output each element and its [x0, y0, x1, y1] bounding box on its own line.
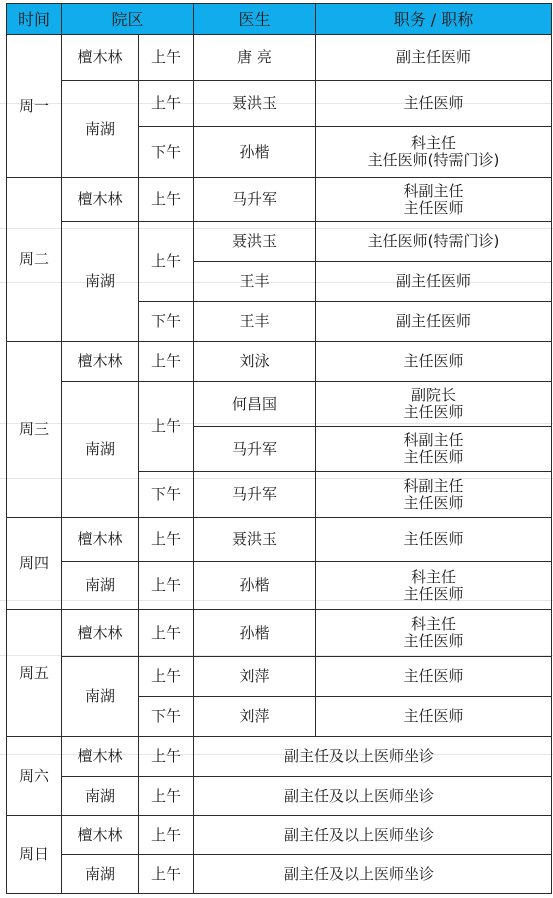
campus-cell: 南湖: [62, 777, 139, 816]
note-cell: 副主任及以上医师坐诊: [194, 737, 552, 777]
doctor-cell: 马升军: [194, 178, 316, 222]
table-row: 周二 檀木林 上午 马升军 科副主任 主任医师: [7, 178, 552, 222]
doctor-cell: 刘萍: [194, 657, 316, 697]
table-row: 南湖 上午 副主任及以上医师坐诊: [7, 855, 552, 894]
campus-cell: 檀木林: [62, 737, 139, 777]
campus-cell: 檀木林: [62, 178, 139, 222]
doctor-cell: 聂洪玉: [194, 222, 316, 262]
session-cell: 上午: [139, 518, 194, 562]
doctor-cell: 孙楷: [194, 562, 316, 610]
doctor-cell: 何昌国: [194, 382, 316, 427]
title-line: 主任医师: [316, 404, 551, 421]
session-cell: 上午: [139, 562, 194, 610]
campus-cell: 檀木林: [62, 610, 139, 657]
session-cell: 上午: [139, 657, 194, 697]
header-doctor: 医生: [194, 4, 316, 35]
title-line: 副院长: [316, 387, 551, 404]
header-campus: 院区: [62, 4, 194, 35]
header-title: 职务 / 职称: [316, 4, 552, 35]
session-cell: 上午: [139, 855, 194, 894]
title-line: 主任医师(特需门诊): [316, 152, 551, 169]
session-cell: 上午: [139, 81, 194, 127]
title-cell: 科主任 主任医师: [316, 562, 552, 610]
session-cell: 上午: [139, 777, 194, 816]
campus-cell: 檀木林: [62, 816, 139, 855]
title-line: 科主任: [316, 616, 551, 633]
doctor-cell: 刘泳: [194, 342, 316, 382]
title-line: 主任医师: [316, 200, 551, 217]
title-line: 科副主任: [316, 432, 551, 449]
title-cell: 科副主任 主任医师: [316, 427, 552, 472]
note-cell: 副主任及以上医师坐诊: [194, 777, 552, 816]
table-row: 周日 檀木林 上午 副主任及以上医师坐诊: [7, 816, 552, 855]
title-line: 科副主任: [316, 183, 551, 200]
table-row: 周一 檀木林 上午 唐 亮 副主任医师: [7, 35, 552, 81]
note-cell: 副主任及以上医师坐诊: [194, 816, 552, 855]
campus-cell: 檀木林: [62, 342, 139, 382]
session-cell: 上午: [139, 382, 194, 472]
day-cell: 周日: [7, 816, 62, 894]
doctor-cell: 孙楷: [194, 127, 316, 178]
header-row: 时间 院区 医生 职务 / 职称: [7, 4, 552, 35]
title-cell: 主任医师: [316, 657, 552, 697]
doctor-cell: 王丰: [194, 302, 316, 342]
table-row: 南湖 上午 孙楷 科主任 主任医师: [7, 562, 552, 610]
doctor-cell: 聂洪玉: [194, 518, 316, 562]
campus-cell: 南湖: [62, 222, 139, 342]
doctor-cell: 唐 亮: [194, 35, 316, 81]
day-cell: 周二: [7, 178, 62, 342]
campus-cell: 檀木林: [62, 518, 139, 562]
session-cell: 下午: [139, 472, 194, 518]
title-line: 主任医师: [316, 633, 551, 650]
title-line: 科主任: [316, 135, 551, 152]
table-row: 南湖 上午 聂洪玉 主任医师(特需门诊): [7, 222, 552, 262]
title-cell: 主任医师: [316, 342, 552, 382]
title-line: 主任医师: [316, 449, 551, 466]
day-cell: 周六: [7, 737, 62, 816]
table-row: 周六 檀木林 上午 副主任及以上医师坐诊: [7, 737, 552, 777]
title-cell: 科主任 主任医师: [316, 610, 552, 657]
session-cell: 上午: [139, 816, 194, 855]
table-row: 周四 檀木林 上午 聂洪玉 主任医师: [7, 518, 552, 562]
clinic-schedule-table: 时间 院区 医生 职务 / 职称 周一 檀木林 上午 唐 亮 副主任医师 南湖 …: [6, 3, 552, 894]
title-cell: 副主任医师: [316, 302, 552, 342]
session-cell: 下午: [139, 302, 194, 342]
day-cell: 周三: [7, 342, 62, 518]
session-cell: 下午: [139, 127, 194, 178]
table-row: 南湖 上午 何昌国 副院长 主任医师: [7, 382, 552, 427]
title-line: 科主任: [316, 569, 551, 586]
campus-cell: 南湖: [62, 81, 139, 178]
doctor-cell: 马升军: [194, 427, 316, 472]
title-cell: 副院长 主任医师: [316, 382, 552, 427]
title-cell: 主任医师(特需门诊): [316, 222, 552, 262]
title-cell: 副主任医师: [316, 35, 552, 81]
title-cell: 科主任 主任医师(特需门诊): [316, 127, 552, 178]
table-row: 周三 檀木林 上午 刘泳 主任医师: [7, 342, 552, 382]
campus-cell: 南湖: [62, 382, 139, 518]
table-row: 南湖 上午 刘萍 主任医师: [7, 657, 552, 697]
title-cell: 科副主任 主任医师: [316, 178, 552, 222]
title-cell: 科副主任 主任医师: [316, 472, 552, 518]
title-cell: 主任医师: [316, 697, 552, 737]
doctor-cell: 马升军: [194, 472, 316, 518]
session-cell: 上午: [139, 222, 194, 302]
session-cell: 上午: [139, 342, 194, 382]
note-cell: 副主任及以上医师坐诊: [194, 855, 552, 894]
doctor-cell: 刘萍: [194, 697, 316, 737]
day-cell: 周五: [7, 610, 62, 737]
session-cell: 下午: [139, 697, 194, 737]
title-line: 主任医师: [316, 586, 551, 603]
campus-cell: 南湖: [62, 562, 139, 610]
header-time: 时间: [7, 4, 62, 35]
day-cell: 周一: [7, 35, 62, 178]
campus-cell: 南湖: [62, 657, 139, 737]
campus-cell: 南湖: [62, 855, 139, 894]
session-cell: 上午: [139, 737, 194, 777]
session-cell: 上午: [139, 610, 194, 657]
table-row: 周五 檀木林 上午 孙楷 科主任 主任医师: [7, 610, 552, 657]
doctor-cell: 孙楷: [194, 610, 316, 657]
title-cell: 主任医师: [316, 81, 552, 127]
campus-cell: 檀木林: [62, 35, 139, 81]
session-cell: 上午: [139, 178, 194, 222]
day-cell: 周四: [7, 518, 62, 610]
table-row: 南湖 上午 聂洪玉 主任医师: [7, 81, 552, 127]
session-cell: 上午: [139, 35, 194, 81]
title-line: 科副主任: [316, 478, 551, 495]
doctor-cell: 聂洪玉: [194, 81, 316, 127]
title-cell: 副主任医师: [316, 262, 552, 302]
doctor-cell: 王丰: [194, 262, 316, 302]
title-line: 主任医师: [316, 495, 551, 512]
table-row: 南湖 上午 副主任及以上医师坐诊: [7, 777, 552, 816]
title-cell: 主任医师: [316, 518, 552, 562]
